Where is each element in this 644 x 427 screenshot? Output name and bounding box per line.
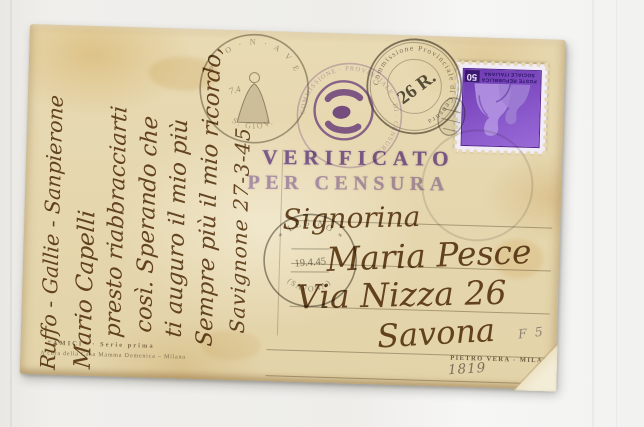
scan-crease	[616, 0, 617, 427]
arrival-postmark-date: 19.4.45	[294, 256, 326, 269]
scan-crease	[10, 0, 12, 427]
address-city: Savona	[376, 311, 496, 356]
scan-background: “AMICI” · Serie prima A cura della Casa …	[0, 0, 644, 427]
address-salutation: Signorina	[282, 200, 421, 236]
scan-crease	[592, 0, 594, 427]
postcard-back: “AMICI” · Serie prima A cura della Casa …	[20, 24, 566, 390]
censor-stamp-line2: PER CENSURA	[247, 172, 449, 197]
censor-stamp-line1: VERIFICATO	[262, 145, 454, 172]
censor-mark-icon	[327, 92, 360, 131]
message-signature: Mario Capelli	[70, 209, 101, 370]
address-street: Via Nizza 26	[296, 273, 507, 317]
origin-postmark-date: 7.4	[228, 84, 242, 96]
